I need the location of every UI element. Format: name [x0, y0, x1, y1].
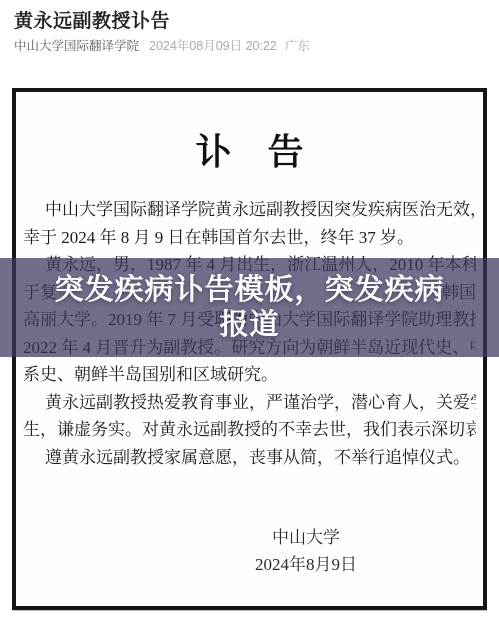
account-name-link[interactable]: 中山大学国际翻译学院 [14, 39, 139, 53]
article-page: 黄永远副教授讣告 中山大学国际翻译学院2024年08月09日 20:22广东 讣… [0, 0, 499, 619]
caption-overlay-band: 突发疾病讣告模板，突发疾病 报道 [0, 258, 499, 357]
signature-org: 中山大学 [272, 524, 340, 551]
page-title: 黄永远副教授讣告 [14, 6, 489, 33]
notice-title: 讣 告 [16, 130, 483, 174]
publish-datetime: 2024年08月09日 20:22 [149, 39, 277, 53]
notice-line: 黄永远副教授热爱教育事业，严谨治学，潜心育人，关爱学 [23, 389, 476, 417]
notice-line: 遵黄永远副教授家属意愿，丧事从简，不举行追悼仪式。 [23, 444, 476, 472]
caption-line-1: 突发疾病讣告模板，突发疾病 [54, 273, 444, 308]
notice-line: 中山大学国际翻译学院黄永远副教授因突发疾病医治无效，不 [23, 196, 476, 224]
article-meta: 中山大学国际翻译学院2024年08月09日 20:22广东 [14, 36, 310, 54]
signature-date: 2024年8月9日 [255, 551, 357, 578]
caption-line-2: 报道 [219, 308, 279, 343]
notice-line: 系史、朝鲜半岛国别和区域研究。 [23, 361, 476, 389]
notice-line: 生，谦虚务实。对黄永远副教授的不幸去世，我们表示深切哀悼！ [23, 416, 476, 444]
publish-location: 广东 [285, 39, 310, 53]
notice-signature: 中山大学 2024年8月9日 [255, 524, 357, 578]
notice-line: 幸于 2024 年 8 月 9 日在韩国首尔去世，终年 37 岁。 [23, 224, 476, 252]
